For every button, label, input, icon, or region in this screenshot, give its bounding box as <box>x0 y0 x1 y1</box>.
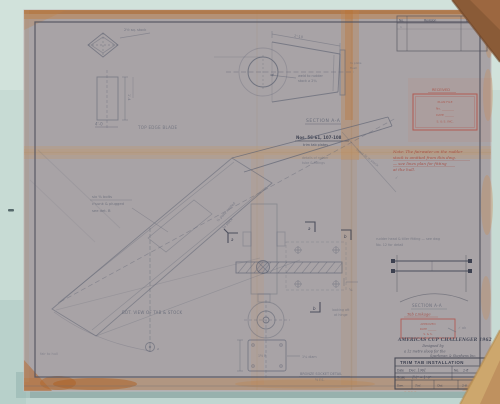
cell-drawn: Dwn. <box>397 384 404 388</box>
titleblock-sub2: a 12 metre sloop for the <box>404 350 445 354</box>
received-stamp-title: RECEIVED <box>432 88 450 92</box>
drawing-sheet: 2½ sq. stock 1'-4 4'-0 TOP EDGE BLADE <box>24 10 493 394</box>
hinge-dim: ⅝ <box>349 288 353 292</box>
diamond-note: 2½ sq. stock <box>124 28 147 32</box>
socket-leader: 1¼ diam <box>302 355 317 359</box>
no-value: 2-8 <box>462 369 468 373</box>
blueprint-photo: 2½ sq. stock 1'-4 4'-0 TOP EDGE BLADE <box>0 0 500 404</box>
titleblock-sub1: Designed by <box>421 344 443 348</box>
drawing-scene: 2½ sq. stock 1'-4 4'-0 TOP EDGE BLADE <box>0 0 500 404</box>
bench-note-2: No. 12 for detail <box>376 243 403 247</box>
side-note-2: flush <box>350 66 357 70</box>
approved-line-1: APPROVED <box>420 322 435 326</box>
film-mark <box>8 209 14 212</box>
approved-title: Tab Linkage <box>407 312 431 317</box>
section-aa-right-label: SECTION A-A <box>412 303 442 308</box>
red-note-3: — see lines plan for fitting <box>393 161 447 166</box>
plate-dim-horizontal: 4'-0 <box>95 122 103 127</box>
dark-note-3: details of rudder <box>302 156 329 160</box>
titleblock-heading: AMERICAS CUP CHALLENGER 1962 <box>397 338 492 343</box>
received-line-3: DATE ______ <box>436 113 454 117</box>
bench-note-1: rudder head & tiller fitting — see dwg <box>376 237 440 241</box>
red-note-check: ✓ <box>395 175 398 180</box>
dark-note-2: trim tab plates <box>303 143 328 147</box>
drawing-title: TRIM TAB INSTALLATION <box>400 360 464 365</box>
weld-leader-1: weld to rudder <box>298 74 323 78</box>
no-label: No. <box>454 369 459 373</box>
date-value: Dec. 1961 <box>408 369 426 373</box>
plate-label: TOP EDGE BLADE <box>137 125 178 130</box>
titleblock-sub3: Sparkman & Stephens Inc. <box>430 354 476 358</box>
blade-label: BOT. VIEW OF TAB & STOCK <box>122 310 183 315</box>
received-line-4: S. & S. INC. <box>436 120 453 124</box>
red-note-1: Note: The fairwater on the rudder <box>392 149 463 154</box>
scale-label: Scale <box>397 376 405 380</box>
received-line-2: No. ________ <box>436 107 454 111</box>
rev-entry: 1 <box>400 25 402 29</box>
bolts-note-1: six ⅜ bolts <box>92 195 112 199</box>
date-label: Date <box>397 369 404 373</box>
looking-note-1: looking aft <box>332 308 350 312</box>
socket-scale: ½ F.S. <box>315 378 324 382</box>
bolts-note-2: c'sunk & plugged <box>92 202 124 206</box>
looking-note-2: at hinge <box>334 313 348 317</box>
approved-line-3: S. & S. <box>423 332 432 336</box>
approved-check: ✓ ok <box>458 326 467 330</box>
socket-label: BRONZE SOCKET DETAIL <box>300 372 342 376</box>
tip-note: fair to hull <box>40 352 58 356</box>
received-line-1: PLAN FILE <box>438 100 453 104</box>
bolts-note-3: see det. B <box>92 209 111 213</box>
weld-leader-2: stock ⌀ 2¾ <box>298 79 317 83</box>
rev-col-no: No. <box>399 19 404 23</box>
approved-line-2: DATE ______ <box>420 327 437 331</box>
edge-smudge-mark: ~ ~~ ~ <box>404 390 417 394</box>
side-note-1: ⅜ plate <box>350 61 362 65</box>
sheet-shadow <box>30 391 490 398</box>
scale-value: 1½" = 1'-0" <box>412 375 432 380</box>
cell-traced: Tcd. <box>415 384 421 388</box>
section-aa-top-label: SECTION A-A <box>306 118 341 124</box>
plate-dim-vertical: 1'-4 <box>127 94 131 100</box>
cell-checked: Ckd. <box>437 384 443 388</box>
red-note-4: at the hull. <box>393 167 415 172</box>
socket-center-note: 1½ R <box>258 354 267 358</box>
cell-number: 2-8 <box>461 384 467 388</box>
pintle-symbol: ⌀ <box>157 347 159 351</box>
rev-col-revision: Revision <box>424 19 436 23</box>
red-note-2: stock is omitted from this dwg. <box>393 155 456 160</box>
